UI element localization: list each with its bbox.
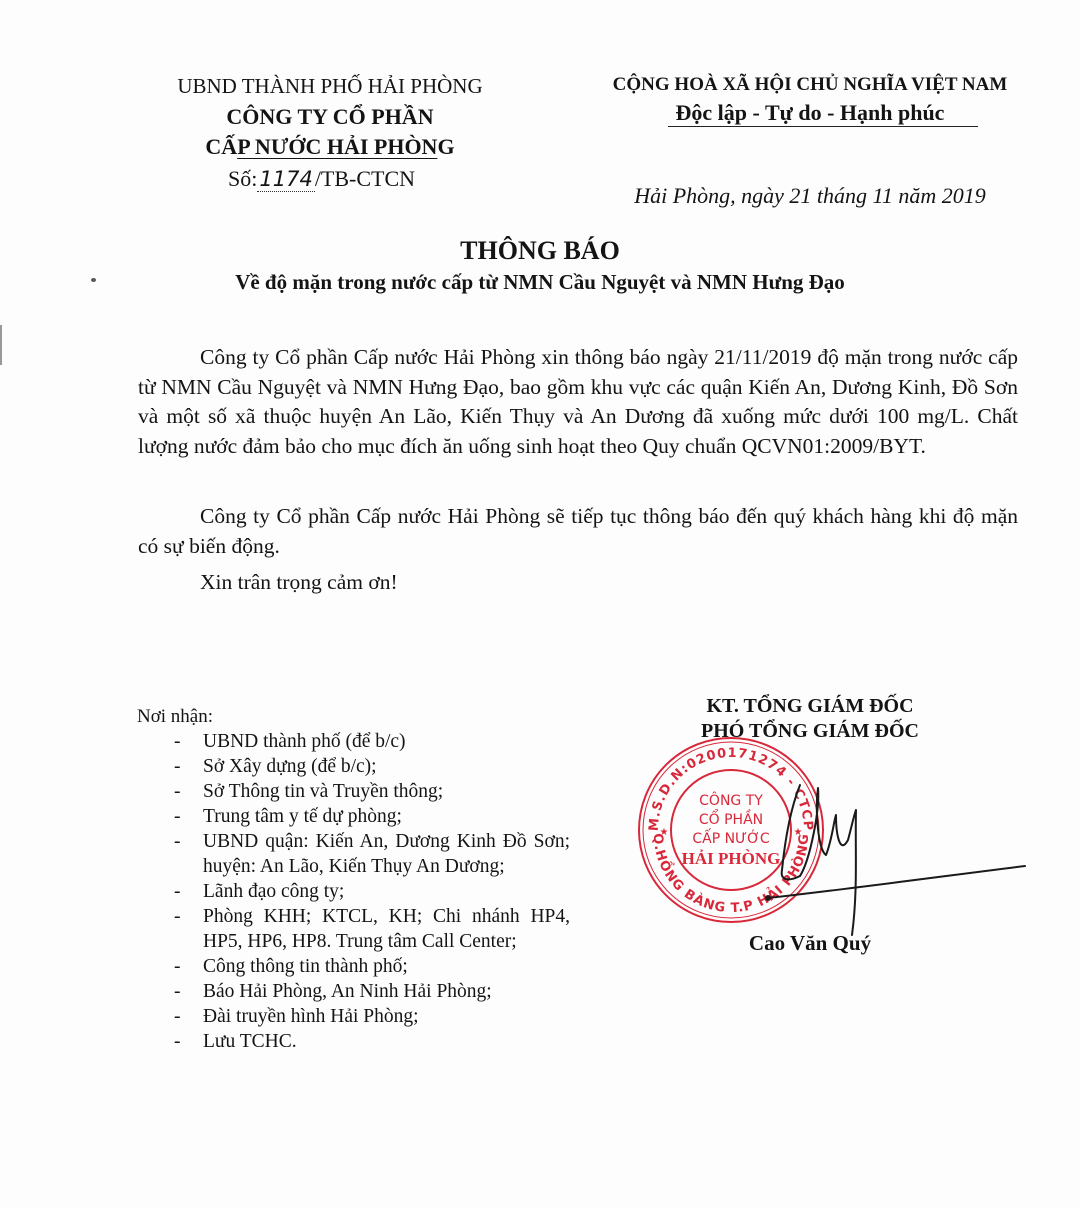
svg-text:★: ★ (660, 827, 669, 838)
recipient-item: Sở Thông tin và Truyền thông; (170, 779, 570, 804)
paragraph-text: Công ty Cổ phần Cấp nước Hải Phòng xin t… (138, 345, 1018, 458)
place-and-date: Hải Phòng, ngày 21 tháng 11 năm 2019 (580, 183, 1040, 209)
stamp-center-3: CẤP NƯỚC (692, 828, 770, 847)
body-paragraph: Công ty Cổ phần Cấp nước Hải Phòng sẽ ti… (138, 502, 1018, 561)
recipient-item: Lưu TCHC. (170, 1029, 570, 1054)
org-name-prefix: CẤ (205, 134, 237, 159)
org-name-underlined: P NƯỚC HẢI PHÒN (237, 134, 437, 159)
stamp-center-1: CÔNG TY (699, 791, 763, 809)
doc-number-suffix: /TB-CTCN (315, 166, 415, 191)
recipient-item: Báo Hải Phòng, An Ninh Hải Phòng; (170, 979, 570, 1004)
signer-authority: KT. TỔNG GIÁM ĐỐC (640, 695, 980, 718)
signer-name: Cao Văn Quý (640, 931, 980, 956)
body-paragraph: Công ty Cổ phần Cấp nước Hải Phòng xin t… (138, 343, 1018, 461)
motto-underline (668, 126, 978, 127)
organization-name-line2: CẤP NƯỚC HẢI PHÒNG (150, 134, 510, 160)
recipient-item: UBND quận: Kiến An, Dương Kinh Đồ Sơn; h… (170, 829, 570, 879)
doc-number-handwritten: 1174 (257, 167, 314, 192)
recipient-item: UBND thành phố (để b/c) (170, 729, 570, 754)
recipient-item: Công thông tin thành phố; (170, 954, 570, 979)
document-subtitle: Về độ mặn trong nước cấp từ NMN Cầu Nguy… (0, 270, 1080, 295)
organization-name-line1: CÔNG TY CỔ PHẦN (150, 104, 510, 130)
nation-title: CỘNG HOÀ XÃ HỘI CHỦ NGHĨA VIỆT NAM (580, 74, 1040, 96)
recipients-label: Nơi nhận: (137, 706, 213, 728)
org-name-suffix: G (437, 134, 454, 159)
recipients-list: UBND thành phố (để b/c) Sở Xây dựng (để … (170, 729, 570, 1054)
recipient-item: Đài truyền hình Hải Phòng; (170, 1004, 570, 1029)
paragraph-text: Công ty Cổ phần Cấp nước Hải Phòng sẽ ti… (138, 504, 1018, 558)
nation-motto: Độc lập - Tự do - Hạnh phúc (580, 100, 1040, 126)
recipient-item: Lãnh đạo công ty; (170, 879, 570, 904)
stamp-center-2: CỔ PHẦN (699, 809, 763, 828)
document-title: THÔNG BÁO (0, 236, 1080, 266)
recipient-item: Trung tâm y tế dự phòng; (170, 804, 570, 829)
doc-number-prefix: Số: (228, 166, 257, 191)
recipient-item: Phòng KHH; KTCL, KH; Chi nhánh HP4, HP5,… (170, 904, 570, 954)
paragraph-text: Xin trân trọng cảm ơn! (200, 570, 398, 594)
scan-edge-mark (0, 325, 2, 365)
document-number: Số:1174/TB-CTCN (228, 166, 415, 192)
parent-organization: UBND THÀNH PHỐ HẢI PHÒNG (150, 74, 510, 99)
handwritten-signature-icon (760, 770, 1030, 940)
recipient-item: Sở Xây dựng (để b/c); (170, 754, 570, 779)
closing-remark: Xin trân trọng cảm ơn! (138, 568, 1018, 598)
